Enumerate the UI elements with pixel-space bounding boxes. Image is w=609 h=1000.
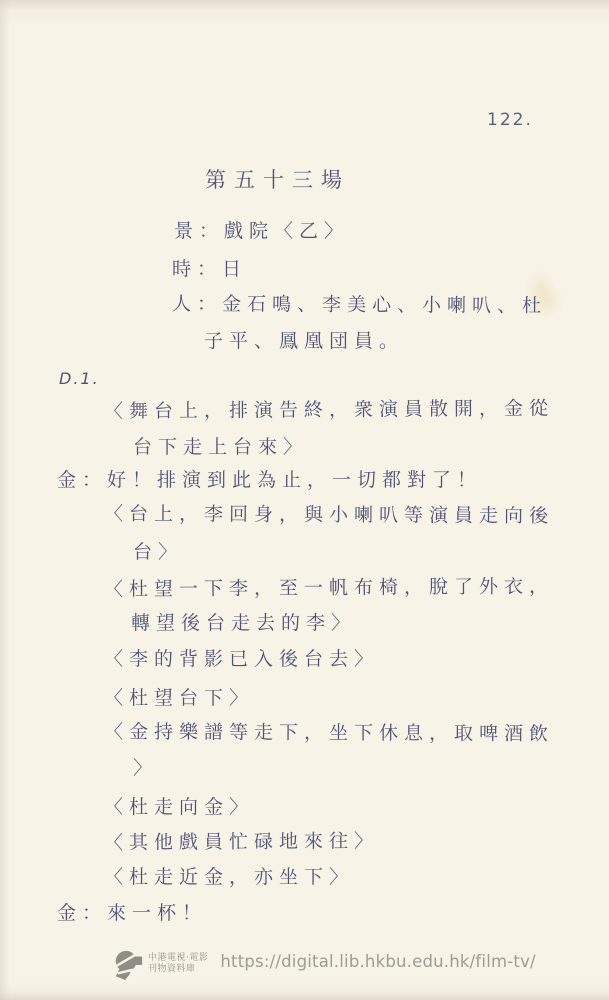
stage-direction-line: 〈台上，李回身，與小喇叭等演員走向後 [104, 503, 554, 528]
scene-cast-line-2: 子平、鳳凰団員。 [204, 330, 404, 353]
stage-direction-line: 〈金持樂譜等走下，坐下休息，取啤酒飲 [104, 721, 554, 746]
stage-direction-line: 〈李的背影已入後台去〉 [104, 648, 379, 671]
stage-direction-line: 〈杜走向金〉 [104, 796, 254, 819]
film-camera-logo-icon [112, 948, 144, 982]
stage-direction-line: 〈杜望台下〉 [104, 687, 254, 710]
page-number: 122. [487, 110, 533, 130]
scene-setting: 景：戲院〈乙〉 [174, 220, 349, 243]
scene-title: 第五十三場 [205, 164, 350, 194]
scene-time: 時：日 [172, 258, 247, 281]
dialogue-line: 金：來一杯！ [57, 902, 207, 925]
stage-direction-line: 〈其他戲員忙碌地來往〉 [104, 830, 379, 855]
watermark-org-name: 中港電視·電影 刊物資料庫 [148, 953, 208, 975]
scanned-script-page: 122. 第五十三場 景：戲院〈乙〉 時：日 人：金石鳴、李美心、小喇叭、杜 子… [0, 0, 609, 1000]
stage-direction-line: 台〉 [133, 541, 183, 564]
stage-direction-line: 台下走上台來〉 [133, 436, 308, 459]
stage-direction-line: 〈杜走近金，亦坐下〉 [104, 866, 354, 889]
section-marker: D.1. [59, 369, 100, 388]
stage-direction-line: 〉 [133, 757, 158, 780]
watermark-org-line2: 刊物資料庫 [148, 964, 208, 975]
scene-cast-line-1: 人：金石鳴、李美心、小喇叭、杜 [172, 293, 547, 318]
stage-direction-line: 〈杜望一下李，至一帆布椅，脫了外衣， [104, 575, 554, 601]
dialogue-line: 金：好！排演到此為止，一切都對了！ [57, 469, 482, 492]
library-watermark: 中港電視·電影 刊物資料庫 https://digital.lib.hkbu.e… [112, 948, 536, 988]
stage-direction-line: 〈舞台上，排演告終，衆演員散開，金從 [104, 397, 554, 423]
stage-direction-line: 轉望後台走去的李〉 [131, 612, 356, 635]
watermark-url: https://digital.lib.hkbu.edu.hk/film-tv/ [220, 952, 535, 971]
watermark-org-line1: 中港電視·電影 [148, 953, 208, 964]
